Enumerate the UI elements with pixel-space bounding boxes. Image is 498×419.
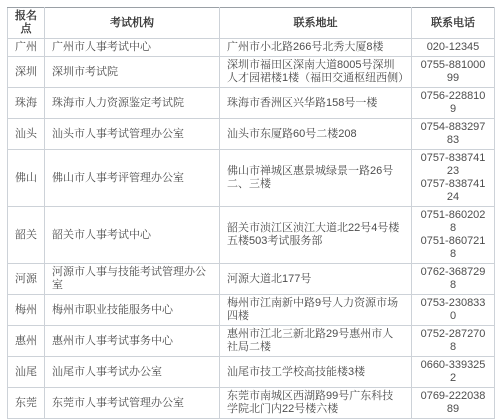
phone-cell-text: 0755-88100099 — [419, 59, 487, 85]
city-cell-text: 深圳 — [15, 66, 37, 79]
table-row: 广州广州市人事考试中心广州市小北路266号北秀大厦8楼020-12345 — [8, 39, 495, 57]
address-cell-text: 佛山市禅城区惠景城绿景一路26号二、三楼 — [227, 165, 404, 191]
address-cell-text: 广州市小北路266号北秀大厦8楼 — [227, 41, 404, 54]
address-cell-text: 汕头市东厦路60号二楼208 — [227, 128, 404, 141]
phone-cell: 020-12345 — [412, 39, 495, 57]
page: 报名点 考试机构 联系地址 联系电话 广州广州市人事考试中心广州市小北路266号… — [7, 7, 494, 260]
org-cell-text: 汕头市人事考试管理办公室 — [52, 128, 212, 141]
header-exam-institution: 考试机构 — [45, 8, 220, 39]
phone-cell-text: 0757-83874124 — [419, 178, 487, 204]
org-cell: 韶关市人事考试中心 — [45, 207, 220, 261]
city-cell-text: 汕头 — [15, 128, 37, 141]
phone-cell-text: 0751-8607218 — [419, 235, 487, 260]
city-cell: 珠海 — [8, 88, 45, 119]
city-cell: 广州 — [8, 39, 45, 57]
phone-cell: 0755-88100099 — [412, 57, 495, 88]
address-cell: 珠海市香洲区兴华路158号一楼 — [220, 88, 412, 119]
address-cell: 汕头市东厦路60号二楼208 — [220, 119, 412, 150]
org-cell: 广州市人事考试中心 — [45, 39, 220, 57]
header-row: 报名点 考试机构 联系地址 联系电话 — [8, 8, 495, 39]
city-cell: 汕头 — [8, 119, 45, 150]
city-cell: 佛山 — [8, 150, 45, 207]
phone-cell: 0756-2288109 — [412, 88, 495, 119]
org-cell: 珠海市人力资源鉴定考试院 — [45, 88, 220, 119]
org-cell-text: 珠海市人力资源鉴定考试院 — [52, 97, 212, 110]
org-cell-text: 广州市人事考试中心 — [52, 41, 212, 54]
org-cell-text: 深圳市考试院 — [52, 66, 212, 79]
table-body: 广州广州市人事考试中心广州市小北路266号北秀大厦8楼020-12345深圳深圳… — [8, 39, 495, 261]
city-cell-text: 珠海 — [15, 97, 37, 110]
table-row: 佛山佛山市人事考评管理办公室佛山市禅城区惠景城绿景一路26号二、三楼0757-8… — [8, 150, 495, 207]
address-cell-text: 深圳市福田区深南大道8005号深圳人才园裙楼1楼（福田交通枢纽西侧） — [227, 59, 404, 85]
address-cell: 广州市小北路266号北秀大厦8楼 — [220, 39, 412, 57]
address-cell: 韶关市浈江区浈江大道北22号4号楼五楼503考试服务部 — [220, 207, 412, 261]
address-cell: 佛山市禅城区惠景城绿景一路26号二、三楼 — [220, 150, 412, 207]
city-cell-text: 广州 — [15, 41, 37, 54]
phone-cell-text: 020-12345 — [419, 41, 487, 54]
city-cell-text: 韶关 — [15, 229, 37, 242]
phone-cell: 0754-88329783 — [412, 119, 495, 150]
org-cell: 深圳市考试院 — [45, 57, 220, 88]
address-cell-text: 韶关市浈江区浈江大道北22号4号楼五楼503考试服务部 — [227, 222, 404, 248]
org-cell: 佛山市人事考评管理办公室 — [45, 150, 220, 207]
phone-cell-text: 0757-83874123 — [419, 152, 487, 178]
org-cell-text: 佛山市人事考评管理办公室 — [52, 172, 212, 185]
address-cell-text: 珠海市香洲区兴华路158号一楼 — [227, 97, 404, 110]
org-cell: 汕头市人事考试管理办公室 — [45, 119, 220, 150]
table-row: 珠海珠海市人力资源鉴定考试院珠海市香洲区兴华路158号一楼0756-228810… — [8, 88, 495, 119]
city-cell: 韶关 — [8, 207, 45, 261]
header-registration-point: 报名点 — [8, 8, 45, 39]
city-cell: 深圳 — [8, 57, 45, 88]
table-row: 韶关韶关市人事考试中心韶关市浈江区浈江大道北22号4号楼五楼503考试服务部07… — [8, 207, 495, 261]
phone-cell-text: 0756-2288109 — [419, 90, 487, 116]
phone-cell-text: 0751-8602028 — [419, 209, 487, 235]
table-row: 深圳深圳市考试院深圳市福田区深南大道8005号深圳人才园裙楼1楼（福田交通枢纽西… — [8, 57, 495, 88]
phone-cell: 0751-86020280751-8607218 — [412, 207, 495, 261]
exam-registration-contact-table: 报名点 考试机构 联系地址 联系电话 广州广州市人事考试中心广州市小北路266号… — [7, 7, 495, 260]
phone-cell: 0757-838741230757-83874124 — [412, 150, 495, 207]
city-cell-text: 佛山 — [15, 172, 37, 185]
address-cell: 深圳市福田区深南大道8005号深圳人才园裙楼1楼（福田交通枢纽西侧） — [220, 57, 412, 88]
org-cell-text: 韶关市人事考试中心 — [52, 229, 212, 242]
phone-cell-text: 0754-88329783 — [419, 121, 487, 147]
header-contact-phone: 联系电话 — [412, 8, 495, 39]
header-contact-address: 联系地址 — [220, 8, 412, 39]
table-row: 汕头汕头市人事考试管理办公室汕头市东厦路60号二楼2080754-8832978… — [8, 119, 495, 150]
